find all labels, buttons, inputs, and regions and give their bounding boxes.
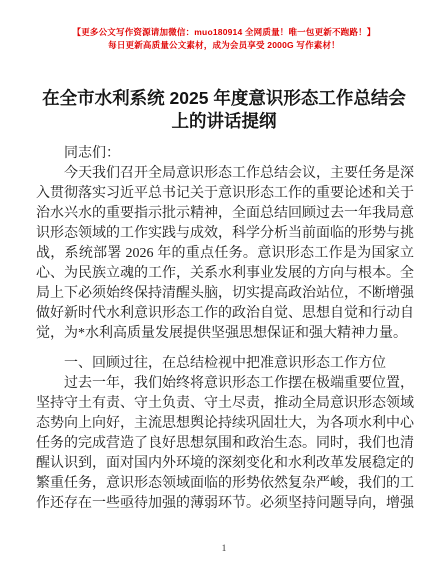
body-paragraph: 同志们：	[36, 144, 414, 164]
document-page: 【更多公文写作资源请加微信：muo180914 全网质量！唯一包更新不跑路！】 …	[0, 0, 448, 580]
watermark-line-1: 【更多公文写作资源请加微信：muo180914 全网质量！唯一包更新不跑路！】	[0, 26, 448, 39]
document-body: 同志们：今天我们召开全局意识形态工作总结会议，主要任务是深入贯彻落实习近平总书记…	[0, 144, 448, 514]
body-paragraph: 今天我们召开全局意识形态工作总结会议，主要任务是深入贯彻落实习近平总书记关于意识…	[36, 164, 414, 344]
title-line-2: 上的讲话提纲	[20, 110, 428, 133]
watermark-header: 【更多公文写作资源请加微信：muo180914 全网质量！唯一包更新不跑路！】 …	[0, 26, 448, 51]
section-heading: 一、回顾过往，在总结检视中把准意识形态工作方位	[36, 354, 414, 374]
page-number: 1	[0, 544, 448, 554]
title-line-1: 在全市水利系统 2025 年度意识形态工作总结会	[20, 87, 428, 110]
body-paragraph: 过去一年，我们始终将意识形态工作摆在极端重要位置，坚持守土有责、守土负责、守土尽…	[36, 374, 414, 514]
watermark-line-2: 每日更新高质量公文素材，成为会员享受 2000G 写作素材！	[0, 39, 448, 52]
document-title: 在全市水利系统 2025 年度意识形态工作总结会 上的讲话提纲	[20, 87, 428, 133]
